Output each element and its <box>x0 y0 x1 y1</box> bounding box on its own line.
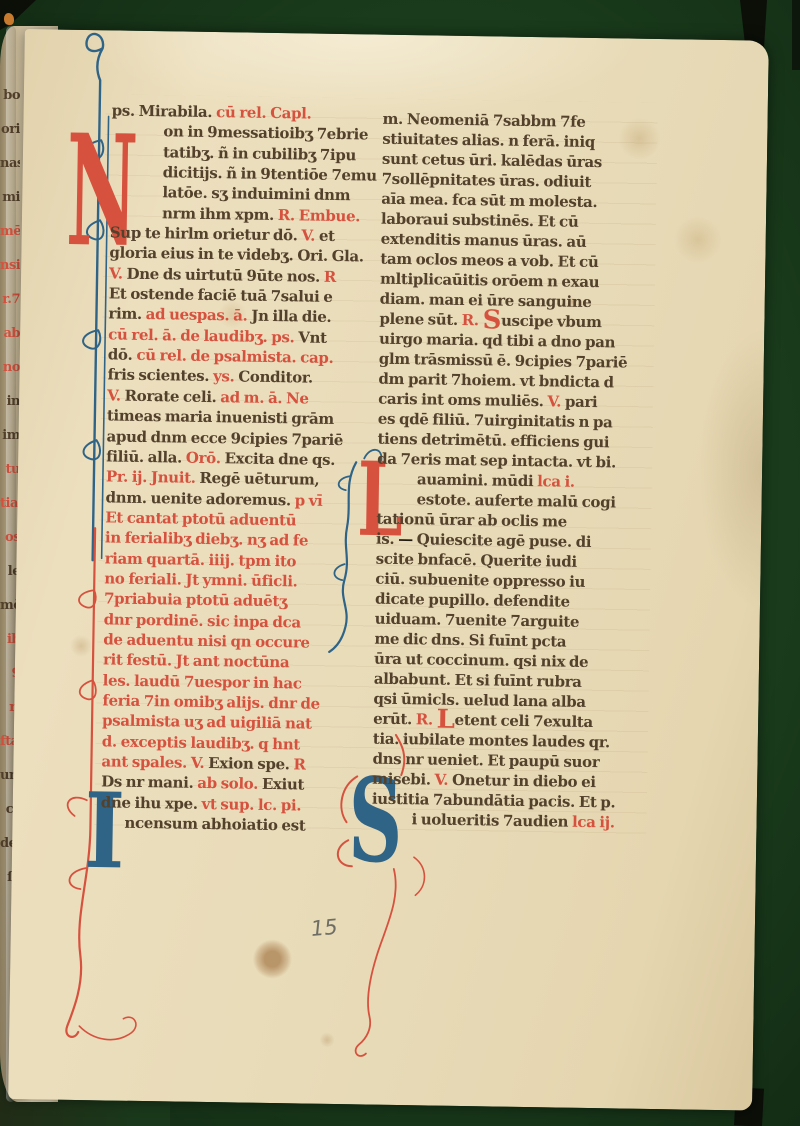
body-text: tam oclos meos a vob. Et cū <box>380 250 598 271</box>
rubric-text: Et cantat ptotū aduentū <box>105 508 296 529</box>
margin-fragment: mi <box>0 190 20 205</box>
rubric-text: R. Embue. <box>278 206 361 225</box>
rubric-text: R. <box>462 311 483 329</box>
body-text: tatibʒ. ñ in cubilibʒ 7ipu <box>163 143 356 164</box>
body-text: latōe. sʒ induimini dnm <box>162 184 350 205</box>
rubric-text: ad m. ā. <box>220 388 286 407</box>
margin-fragment: mē <box>0 224 20 239</box>
margin-fragment: in <box>0 394 20 409</box>
body-text: aīa mea. fca sūt m molesta. <box>381 190 597 211</box>
text-column-right: m. Neomeniā 7sabbm 7festiuitates alias. … <box>371 109 654 833</box>
body-text: albabunt. Et si fuīnt rubra <box>374 670 582 691</box>
body-text: qsi ūmicls. uelud lana alba <box>373 690 586 711</box>
body-text: extenditis manus ūras. aū <box>381 230 587 251</box>
body-text: misebi. <box>372 770 435 789</box>
body-text: ncensum abhoiatio est <box>124 814 305 835</box>
rubric-text: V. <box>109 264 127 282</box>
photo-background: boorinas.mimēnsir.7abnoinimtutia.oslemōi… <box>0 0 800 1126</box>
body-text: dns nr ueniet. Et paupū suor <box>372 750 599 772</box>
body-text: dnm. uenite adoremus. <box>105 488 294 509</box>
body-text: Quiescite agē puse. di <box>417 530 592 551</box>
rubric-text: R <box>324 268 336 286</box>
body-text: uiduam. 7uenite 7arguite <box>375 610 580 631</box>
body-text: timeas maria inuenisti grām <box>107 407 334 429</box>
body-text: Regē uēturum, <box>199 469 319 489</box>
rubric-text: riam quartā. iiij. tpm ito <box>105 549 297 570</box>
rubric-text: ant spales. V. <box>101 752 208 772</box>
rubric-text: psalmista uʒ ad uigiliā nat <box>102 712 312 733</box>
body-text: tia. iubilate montes laudes qr. <box>373 730 610 752</box>
rubric-text: ys. <box>213 368 238 386</box>
rubric-text: p vī <box>295 491 323 509</box>
body-text: is. <box>376 530 398 548</box>
orange-speck <box>4 13 14 25</box>
margin-fragment: r.7 <box>0 292 20 307</box>
body-text: apud dnm ecce 9cipies 7pariē <box>106 427 343 449</box>
rubric-text: Ne <box>286 389 309 407</box>
body-text: plene sūt. <box>379 310 462 329</box>
body-text: laboraui substinēs. Et cū <box>381 210 579 231</box>
body-text: Excita dne qs. <box>224 449 335 469</box>
body-text: m. Neomeniā 7sabbm 7fe <box>382 110 585 131</box>
body-text: dō. <box>108 346 137 364</box>
rubric-text: 7priabuia ptotū aduētʒ <box>104 590 287 611</box>
body-text: dne ihu xpe. <box>101 793 202 813</box>
body-text: tationū ūrar ab oclis me <box>376 510 567 531</box>
rubric-text: no feriali. Jt ymni. ūficli. <box>104 569 297 590</box>
margin-fragment: nas. <box>0 156 20 171</box>
body-text: iustitia 7abundātia pacis. Et p. <box>372 790 616 812</box>
rubric-text: R. <box>416 710 437 728</box>
margin-fragment: bo <box>0 88 20 103</box>
body-text: i uolueritis 7audien <box>411 810 572 831</box>
body-text: dicate pupillo. defendite <box>375 590 570 611</box>
rubric-text: R <box>293 755 305 773</box>
body-text: Ds nr mani. <box>101 773 197 793</box>
rubric-text: V. <box>434 771 452 789</box>
body-text: uscipe vbum <box>501 312 602 332</box>
rubric-text: Orō. <box>186 448 225 467</box>
body-text: tiens detrimētū. efficiens gui <box>377 430 609 452</box>
body-text: erūt. <box>373 710 416 729</box>
text-line: ncensum abhoiatio est <box>100 812 362 836</box>
body-text: ciū. subuenite oppresso iu <box>375 570 585 591</box>
rubric-text: rit festū. Jt ant noctūna <box>103 651 290 672</box>
body-text: ps. Mirabila. <box>112 101 217 121</box>
body-text: fris scientes. <box>107 366 213 386</box>
body-text: 7sollēpnitates ūras. odiuit <box>382 170 592 191</box>
margin-fragment: no <box>0 360 20 375</box>
rubric-text: V. <box>301 226 319 244</box>
rubric-text: dnr pordinē. sic inpa dca <box>104 610 301 631</box>
rubric-text: in ferialibʒ diebʒ. nʒ ad fe <box>105 529 308 550</box>
body-text: caris int oms muliēs. <box>378 390 548 411</box>
body-text: Onetur in diebo ei <box>452 771 596 791</box>
body-text: gloria eius in te videbʒ. Ori. Gla. <box>109 244 364 266</box>
rubric-text: lca i. <box>537 472 575 491</box>
rubric-text: ad uespas. ā. <box>146 305 252 325</box>
body-text: Exion spe. <box>208 754 294 773</box>
rubric-text: d. exceptis laudibʒ. q hnt <box>102 732 300 753</box>
body-text: estote. auferte malū cogi <box>416 490 615 511</box>
body-text: Vnt <box>298 328 327 346</box>
body-text: et <box>319 227 335 245</box>
text-line: i uolueritis 7audien lca ij. <box>371 809 643 833</box>
body-text: Dne ds uirtutū 9ūte nos. <box>126 264 324 285</box>
rubric-text: ab solo. <box>197 774 262 793</box>
body-text: dicitijs. ñ in 9tentiōe 7emu <box>163 163 377 184</box>
body-text: Conditor. <box>238 368 313 387</box>
rubric-text: V. <box>107 386 125 404</box>
body-text: scite bnfacē. Querite iudi <box>376 550 577 571</box>
rubric-text: cū rel. ā. de laudibʒ. ps. <box>108 325 298 346</box>
body-text: Et ostende faciē tuā 7salui e <box>109 285 333 307</box>
rubric-text: cū rel. Capl. <box>216 103 312 122</box>
body-text: Jn illa die. <box>251 307 331 326</box>
body-text: Sup te hirlm orietur dō. <box>110 223 302 244</box>
margin-fragment: ab <box>0 326 20 341</box>
body-text: Exiut <box>262 775 304 794</box>
body-text: ūra ut coccinum. qsi nix de <box>374 650 589 671</box>
folio-number: 15 <box>310 915 339 941</box>
body-text: auamini. mūdi <box>417 470 538 490</box>
rubric-text: Pr. ij. Jnuit. <box>106 468 200 487</box>
rubric-text: vt sup. lc. pi. <box>201 795 301 815</box>
margin-fragment: im <box>0 428 20 443</box>
rubric-text: de aduentu nisi qn occure <box>103 630 310 651</box>
text-column-left: ps. Mirabila. cū rel. Capl.on in 9messat… <box>100 100 373 836</box>
body-text: es qdē filiū. 7uirginitatis n pa <box>378 410 613 432</box>
body-text: me dic dns. Si fuīnt pcta <box>374 630 566 651</box>
body-text: filiū. alla. <box>106 447 186 466</box>
body-text: pari <box>565 393 598 412</box>
rubric-text: lca ij. <box>572 813 615 832</box>
body-text: mltiplicaūitis orōem n exau <box>380 270 599 291</box>
rubric-text: les. laudū 7uespor in hac <box>103 671 302 692</box>
rubric-text: cū rel. de psalmista. cap. <box>136 346 333 367</box>
body-text: — <box>398 530 417 548</box>
body-text: dm parit 7hoiem. vt bndicta d <box>378 370 614 392</box>
body-text: stiuitates alias. n ferā. iniq <box>382 130 595 151</box>
body-text: on in 9messatioibʒ 7ebrie <box>163 123 368 144</box>
body-text: nrm ihm xpm. <box>162 204 278 224</box>
body-text: etent celi 7exulta <box>454 711 593 731</box>
body-text: da 7eris mat sep intacta. vt bi. <box>377 450 616 472</box>
body-text: rim. <box>108 305 145 324</box>
body-text: Rorate celi. <box>124 386 220 406</box>
body-text: sunt cetus ūri. kalēdas ūras <box>382 150 602 171</box>
margin-fragment: nsi <box>0 258 20 273</box>
margin-fragment: ori <box>0 122 20 137</box>
rubric-text: V. <box>547 392 565 410</box>
body-text: uirgo maria. qd tibi a dno pan <box>379 330 615 352</box>
shadow-patch-right-edge <box>792 0 800 70</box>
rubric-text: feria 7in omibʒ alijs. dnr de <box>102 691 320 712</box>
manuscript-page: N I L S ps. Mirabila. cū rel. Capl.on in… <box>8 29 769 1111</box>
